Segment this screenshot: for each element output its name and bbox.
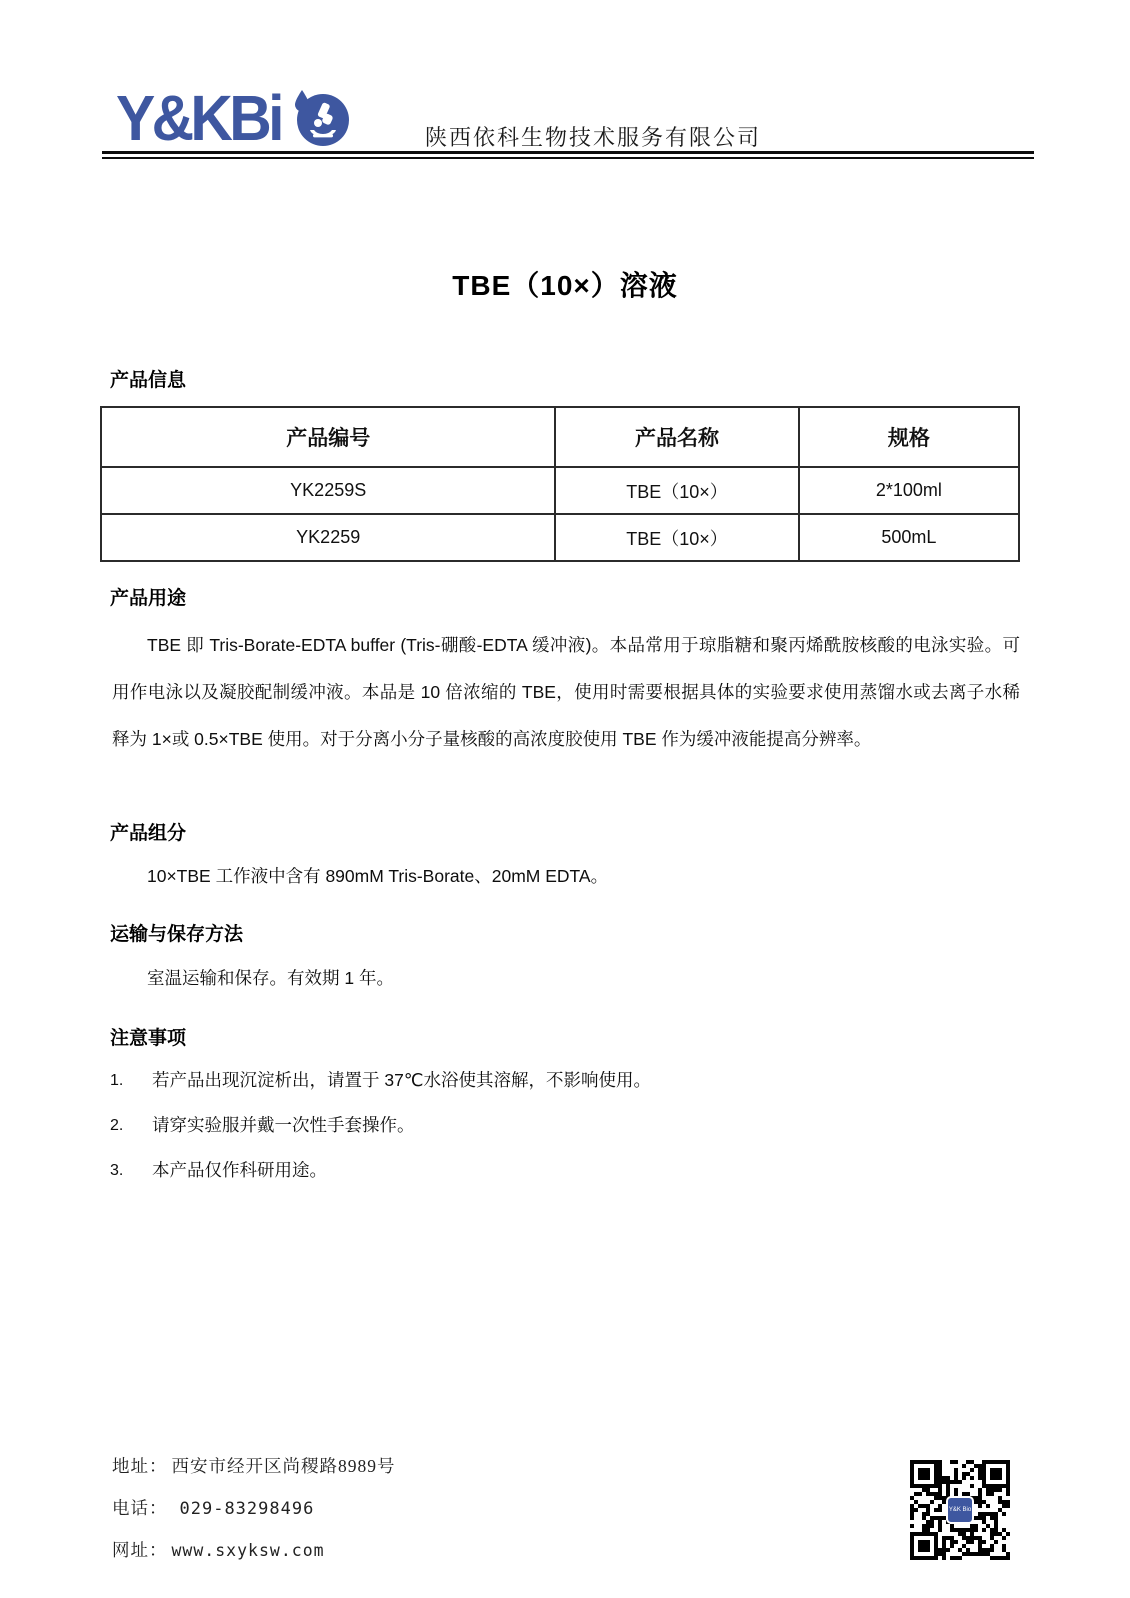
notes-list: 1. 若产品出现沉淀析出，请置于 37℃水浴使其溶解，不影响使用。 2. 请穿实… — [110, 1058, 1020, 1193]
section-heading-product-info: 产品信息 — [110, 365, 186, 392]
company-name: 陕西依科生物技术服务有限公司 — [425, 121, 761, 152]
section-heading-product-use: 产品用途 — [110, 583, 186, 610]
droplet-icon — [294, 90, 310, 112]
list-item-number: 2. — [110, 1103, 152, 1148]
column-header-product-name: 产品名称 — [555, 407, 798, 467]
cell-spec: 500mL — [799, 514, 1019, 561]
address-value: 西安市经开区尚稷路8989号 — [172, 1456, 396, 1476]
company-logo: Y&KBi — [116, 78, 349, 162]
header-divider — [102, 151, 1034, 159]
logo-wordmark: Y&KBi — [116, 78, 281, 158]
section-heading-components: 产品组分 — [110, 818, 186, 845]
website-label: 网址： — [112, 1540, 168, 1560]
phone-label: 电话： — [112, 1498, 168, 1518]
list-item-number: 1. — [110, 1058, 152, 1103]
phone-line: 电话：029-83298496 — [112, 1487, 396, 1529]
storage-paragraph: 室温运输和保存。有效期 1 年。 — [112, 955, 1020, 1002]
address-label: 地址： — [112, 1456, 168, 1476]
page-title: TBE（10×）溶液 — [0, 264, 1130, 304]
table-row: YK2259 TBE（10×） 500mL — [101, 514, 1019, 561]
list-item-text: 若产品出现沉淀析出，请置于 37℃水浴使其溶解，不影响使用。 — [152, 1058, 651, 1103]
cell-product-name: TBE（10×） — [555, 514, 798, 561]
footer-contact-block: 地址：西安市经开区尚稷路8989号 电话：029-83298496 网址：www… — [112, 1445, 396, 1571]
cell-spec: 2*100ml — [799, 467, 1019, 514]
product-info-table: 产品编号 产品名称 规格 YK2259S TBE（10×） 2*100ml YK… — [100, 406, 1020, 562]
column-header-product-code: 产品编号 — [101, 407, 555, 467]
product-use-paragraph: TBE 即 Tris-Borate-EDTA buffer (Tris-硼酸-E… — [112, 622, 1020, 763]
table-row: YK2259S TBE（10×） 2*100ml — [101, 467, 1019, 514]
list-item: 2. 请穿实验服并戴一次性手套操作。 — [110, 1103, 1020, 1148]
phone-value: 029-83298496 — [180, 1499, 315, 1519]
components-paragraph: 10×TBE 工作液中含有 890mM Tris-Borate、20mM EDT… — [112, 853, 1020, 900]
cell-product-code: YK2259S — [101, 467, 555, 514]
document-page: Y&KBi 陕西依科生物技术服务有限公司 TBE（10×）溶液 产品信息 产 — [0, 0, 1130, 1598]
list-item-number: 3. — [110, 1148, 152, 1193]
address-line: 地址：西安市经开区尚稷路8989号 — [112, 1445, 396, 1487]
website-line: 网址：www.sxyksw.com — [112, 1529, 396, 1571]
list-item-text: 本产品仅作科研用途。 — [152, 1148, 327, 1193]
section-heading-storage: 运输与保存方法 — [110, 919, 243, 946]
website-value: www.sxyksw.com — [172, 1541, 325, 1560]
list-item-text: 请穿实验服并戴一次性手套操作。 — [152, 1103, 415, 1148]
column-header-spec: 规格 — [799, 407, 1019, 467]
qr-center-logo: Y&K Bio — [946, 1496, 974, 1524]
table-header-row: 产品编号 产品名称 规格 — [101, 407, 1019, 467]
section-heading-notes: 注意事项 — [110, 1023, 186, 1050]
list-item: 1. 若产品出现沉淀析出，请置于 37℃水浴使其溶解，不影响使用。 — [110, 1058, 1020, 1103]
cell-product-code: YK2259 — [101, 514, 555, 561]
qr-code: Y&K Bio — [906, 1456, 1014, 1564]
cell-product-name: TBE（10×） — [555, 467, 798, 514]
list-item: 3. 本产品仅作科研用途。 — [110, 1148, 1020, 1193]
